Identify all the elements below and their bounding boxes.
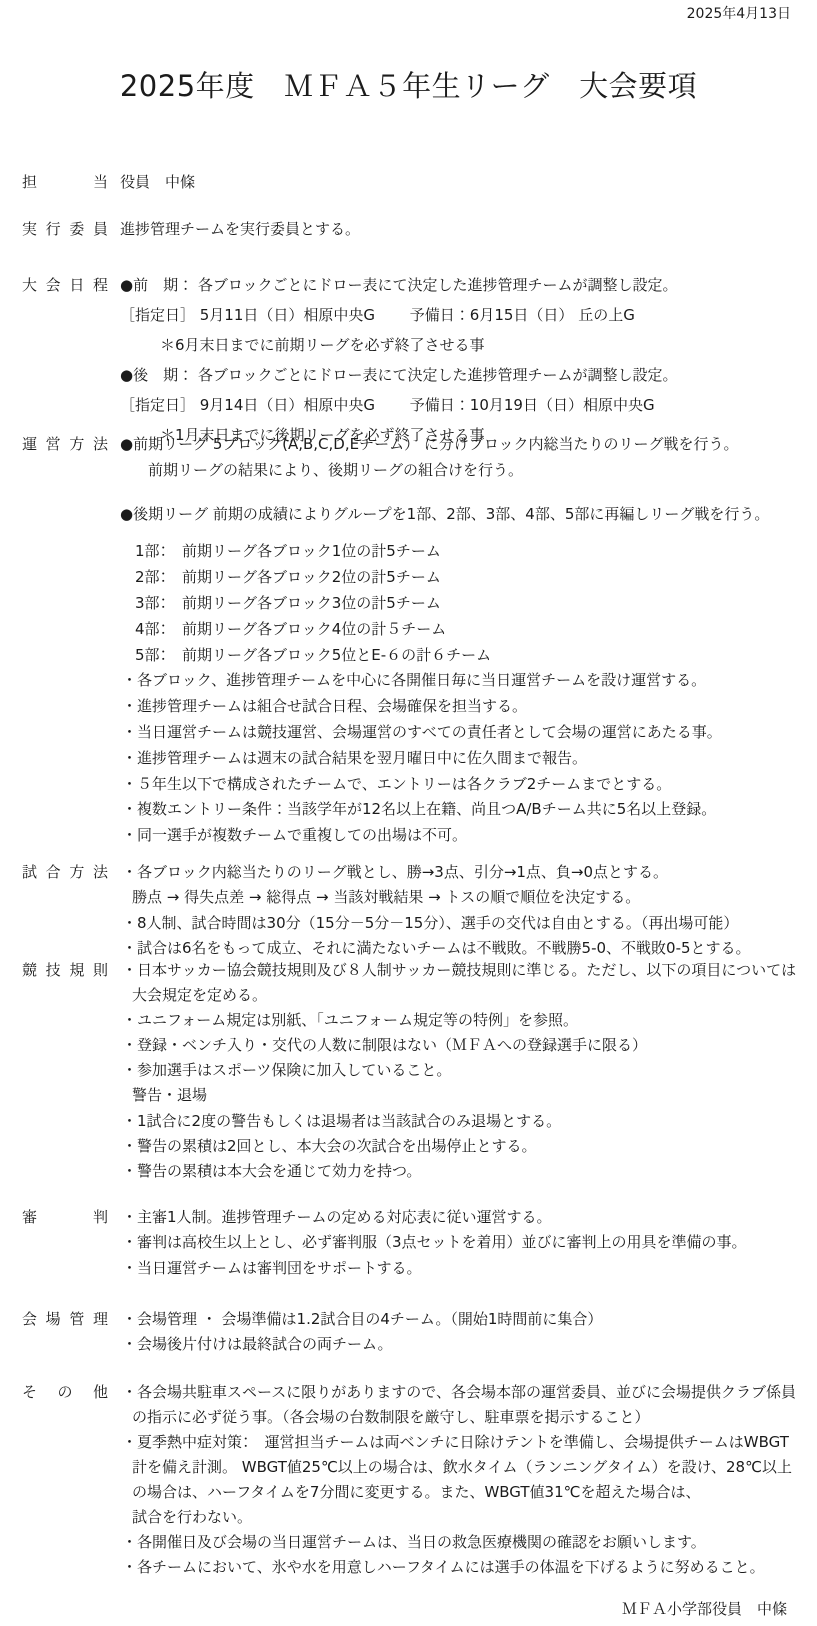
- section-label: 会場管理: [22, 1307, 108, 1332]
- doc-line: ・当日運営チームは競技運営、会場運営のすべての責任者として会場の運営にあたる事。: [120, 720, 809, 746]
- doc-line: 前期リーグの結果により、後期リーグの組合けを行う。: [120, 458, 809, 484]
- section-label: 審判: [22, 1205, 108, 1230]
- doc-line: ・ユニフォーム規定は別紙、「ユニフォーム規定等の特例」を参照。: [120, 1008, 809, 1033]
- doc-line: ●後期リーグ 前期の成績によりグループを1部、2部、3部、4部、5部に再編しリー…: [120, 502, 809, 528]
- document-title: 2025年度 ＭＦＡ５年生リーグ 大会要項: [0, 66, 817, 106]
- doc-line: ・警告の累積は2回とし、本大会の次試合を出場停止とする。: [120, 1134, 809, 1159]
- doc-line: 勝点 → 得失点差 → 総得点 → 当該対戦結果 → トスの順で順位を決定する。: [120, 885, 809, 910]
- section-lines: 役員 中條: [120, 170, 809, 195]
- section-shinpan: 審判 ・主審1人制。進捗管理チームの定める対応表に従い運営する。・審判は高校生以…: [22, 1205, 809, 1281]
- section-lines: ●前 期： 各ブロックごとにドロー表にて決定した進捗管理チームが調整し設定。［指…: [120, 270, 809, 450]
- section-lines: ・各会場共駐車スペースに限りがありますので、各会場本部の運営委員、並びに会場提供…: [120, 1380, 809, 1580]
- section-lines: ・会場管理 ・ 会場準備は1.2試合目の4チーム。（開始1時間前に集合）・会場後…: [120, 1307, 809, 1358]
- section-kyogi-kisoku: 競技規則 ・日本サッカー協会競技規則及び８人制サッカー競技規則に準じる。ただし、…: [22, 958, 809, 1184]
- doc-line: ・同一選手が複数チームで重複しての出場は不可。: [120, 823, 809, 849]
- section-lines: ・日本サッカー協会競技規則及び８人制サッカー競技規則に準じる。ただし、以下の項目…: [120, 958, 809, 1184]
- section-shiai-hoho: 試合方法 ・各ブロック内総当たりのリーグ戦とし、勝→3点、引分→1点、負→0点と…: [22, 860, 809, 961]
- section-lines: ・主審1人制。進捗管理チームの定める対応表に従い運営する。・審判は高校生以上とし…: [120, 1205, 809, 1281]
- doc-line: ・各開催日及び会場の当日運営チームは、当日の救急医療機関の確認をお願いします。: [120, 1530, 809, 1555]
- doc-line: ・各会場共駐車スペースに限りがありますので、各会場本部の運営委員、並びに会場提供…: [120, 1380, 809, 1405]
- doc-line: ・審判は高校生以上とし、必ず審判服（3点セットを着用）並びに審判上の用具を準備の…: [120, 1230, 809, 1255]
- section-lines: ●前期リーグ 5ブロック(A,B,C,D,Eチーム） に分けブロック内総当たりの…: [120, 432, 809, 849]
- doc-line: ●前 期： 各ブロックごとにドロー表にて決定した進捗管理チームが調整し設定。: [120, 270, 809, 300]
- doc-line: の場合は、ハーフタイムを7分間に変更する。また、WBGT値31℃を超えた場合は、: [120, 1480, 809, 1505]
- doc-line: ・日本サッカー協会競技規則及び８人制サッカー競技規則に準じる。ただし、以下の項目…: [120, 958, 809, 983]
- section-tanto: 担当 役員 中條: [22, 170, 809, 195]
- doc-line: ・５年生以下で構成されたチームで、エントリーは各クラブ2チームまでとする。: [120, 772, 809, 798]
- section-label: 実行委員: [22, 217, 108, 242]
- doc-line: ●前期リーグ 5ブロック(A,B,C,D,Eチーム） に分けブロック内総当たりの…: [120, 432, 809, 458]
- doc-line: 役員 中條: [120, 170, 809, 195]
- doc-line: ・警告の累積は本大会を通じて効力を持つ。: [120, 1159, 809, 1184]
- section-kaijo-kanri: 会場管理 ・会場管理 ・ 会場準備は1.2試合目の4チーム。（開始1時間前に集合…: [22, 1307, 809, 1358]
- section-label: 運営方法: [22, 432, 108, 458]
- doc-line: ＊6月末日までに前期リーグを必ず終了させる事: [120, 330, 809, 360]
- doc-line: ・進捗管理チームは組合せ試合日程、会場確保を担当する。: [120, 694, 809, 720]
- doc-line: ・各ブロック内総当たりのリーグ戦とし、勝→3点、引分→1点、負→0点とする。: [120, 860, 809, 885]
- doc-line: 5部： 前期リーグ各ブロック5位とE-６の計６チーム: [120, 643, 809, 669]
- doc-line: ［指定日］ 5月11日（日）相原中央G 予備日：6月15日（日） 丘の上G: [120, 300, 809, 330]
- section-taikai-nittei: 大会日程 ●前 期： 各ブロックごとにドロー表にて決定した進捗管理チームが調整し…: [22, 270, 809, 450]
- doc-line: 警告・退場: [120, 1083, 809, 1108]
- doc-line: ・会場後片付けは最終試合の両チーム。: [120, 1332, 809, 1357]
- section-label: 大会日程: [22, 270, 108, 300]
- doc-line: ・登録・ベンチ入り・交代の人数に制限はない（ＭＦＡへの登録選手に限る）: [120, 1033, 809, 1058]
- doc-line: ・1試合に2度の警告もしくは退場者は当該試合のみ退場とする。: [120, 1109, 809, 1134]
- section-unei-hoho: 運営方法 ●前期リーグ 5ブロック(A,B,C,D,Eチーム） に分けブロック内…: [22, 432, 809, 849]
- section-label: 担当: [22, 170, 108, 195]
- doc-line: ・各チームにおいて、氷や水を用意しハーフタイムには選手の体温を下げるように努める…: [120, 1555, 809, 1580]
- doc-line: 試合を行わない。: [120, 1505, 809, 1530]
- document-page: 2025年4月13日 2025年度 ＭＦＡ５年生リーグ 大会要項 担当 役員 中…: [0, 0, 817, 1626]
- doc-line: ・当日運営チームは審判団をサポートする。: [120, 1256, 809, 1281]
- doc-line: 大会規定を定める。: [120, 983, 809, 1008]
- doc-line: 計を備え計測。 WBGT値25℃以上の場合は、飲水タイム（ランニングタイム）を設…: [120, 1455, 809, 1480]
- doc-line: ・複数エントリー条件：当該学年が12名以上在籍、尚且つA/Bチーム共に5名以上登…: [120, 797, 809, 823]
- doc-line: 4部： 前期リーグ各ブロック4位の計５チーム: [120, 617, 809, 643]
- section-label: 競技規則: [22, 958, 108, 983]
- doc-line: ・参加選手はスポーツ保険に加入していること。: [120, 1058, 809, 1083]
- document-signature: ＭＦＡ小学部役員 中條: [622, 1598, 787, 1620]
- doc-line: 1部： 前期リーグ各ブロック1位の計5チーム: [120, 539, 809, 565]
- doc-line: ・8人制、試合時間は30分（15分－5分－15分）、選手の交代は自由とする。（再…: [120, 911, 809, 936]
- doc-line: の指示に必ず従う事。（各会場の台数制限を厳守し、駐車票を掲示すること）: [120, 1405, 809, 1430]
- doc-line: 2部： 前期リーグ各ブロック2位の計5チーム: [120, 565, 809, 591]
- section-label: 試合方法: [22, 860, 108, 885]
- document-date: 2025年4月13日: [687, 4, 791, 24]
- section-lines: 進捗管理チームを実行委員とする。: [120, 217, 809, 242]
- section-lines: ・各ブロック内総当たりのリーグ戦とし、勝→3点、引分→1点、負→0点とする。勝点…: [120, 860, 809, 961]
- section-sonota: その他 ・各会場共駐車スペースに限りがありますので、各会場本部の運営委員、並びに…: [22, 1380, 809, 1580]
- doc-line: ・進捗管理チームは週末の試合結果を翌月曜日中に佐久間まで報告。: [120, 746, 809, 772]
- section-label: その他: [22, 1380, 108, 1405]
- doc-line: ●後 期： 各ブロックごとにドロー表にて決定した進捗管理チームが調整し設定。: [120, 360, 809, 390]
- section-jikko-iin: 実行委員 進捗管理チームを実行委員とする。: [22, 217, 809, 242]
- doc-line: ［指定日］ 9月14日（日）相原中央G 予備日：10月19日（日）相原中央G: [120, 390, 809, 420]
- doc-line: ・各ブロック、進捗管理チームを中心に各開催日毎に当日運営チームを設け運営する。: [120, 668, 809, 694]
- doc-line: 進捗管理チームを実行委員とする。: [120, 217, 809, 242]
- doc-line: ・主審1人制。進捗管理チームの定める対応表に従い運営する。: [120, 1205, 809, 1230]
- doc-line: ・会場管理 ・ 会場準備は1.2試合目の4チーム。（開始1時間前に集合）: [120, 1307, 809, 1332]
- doc-line: ・夏季熱中症対策： 運営担当チームは両ベンチに日除けテントを準備し、会場提供チー…: [120, 1430, 809, 1455]
- doc-line: 3部： 前期リーグ各ブロック3位の計5チーム: [120, 591, 809, 617]
